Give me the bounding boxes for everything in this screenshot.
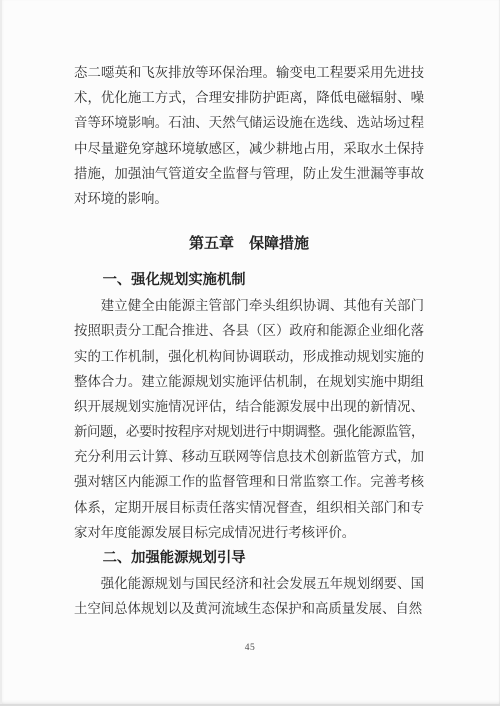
text-line: 整体合力。建立能源规划实施评估机制，在规划实施中期组 xyxy=(74,369,424,394)
text-line: 充分利用云计算、移动互联网等信息技术创新监管方式，加 xyxy=(74,444,424,469)
text-line: 按照职责分工配合推进、各县（区）政府和能源企业细化落 xyxy=(74,318,424,343)
text-line: 音等环境影响。石油、天然气储运设施在选线、选站场过程 xyxy=(74,110,424,135)
text-line: 强对辖区内能源工作的监督管理和日常监察工作。完善考核 xyxy=(74,469,424,494)
text-line: 实的工作机制，强化机构间协调联动，形成推动规划实施的 xyxy=(74,344,424,369)
page-left-edge xyxy=(0,0,2,706)
text-line: 体系，定期开展目标责任落实情况督查，组织相关部门和专 xyxy=(74,495,424,520)
chapter-heading: 第五章 保障措施 xyxy=(74,231,424,257)
text-line: 态二噁英和飞灰排放等环保治理。输变电工程要采用先进技 xyxy=(74,60,424,85)
text-line: 措施，加强油气管道安全监督与管理，防止发生泄漏等事故 xyxy=(74,161,424,186)
text-line: 新问题，必要时按程序对规划进行中期调整。强化能源监管， xyxy=(74,419,424,444)
text-line: 中尽量避免穿越环境敏感区，减少耕地占用，采取水土保持 xyxy=(74,136,424,161)
body-paragraph: 态二噁英和飞灰排放等环保治理。输变电工程要采用先进技术，优化施工方式，合理安排防… xyxy=(74,60,424,211)
section-heading: 一、强化规划实施机制 xyxy=(74,267,424,293)
text-line: 建立健全由能源主管部门牵头组织协调、其他有关部门 xyxy=(74,293,424,318)
text-line: 强化能源规划与国民经济和社会发展五年规划纲要、国 xyxy=(74,571,424,596)
text-line: 家对年度能源发展目标完成情况进行考核评价。 xyxy=(74,520,424,545)
page-number: 45 xyxy=(0,643,500,653)
text-line: 术，优化施工方式，合理安排防护距离，降低电磁辐射、噪 xyxy=(74,85,424,110)
section-heading: 二、加强能源规划引导 xyxy=(74,545,424,571)
text-line: 土空间总体规划以及黄河流域生态保护和高质量发展、自然 xyxy=(74,596,424,621)
document-page: 态二噁英和飞灰排放等环保治理。输变电工程要采用先进技术，优化施工方式，合理安排防… xyxy=(0,0,500,706)
body-paragraph: 建立健全由能源主管部门牵头组织协调、其他有关部门按照职责分工配合推进、各县（区）… xyxy=(74,293,424,545)
document-body: 态二噁英和飞灰排放等环保治理。输变电工程要采用先进技术，优化施工方式，合理安排防… xyxy=(74,60,424,621)
text-line: 对环境的影响。 xyxy=(74,186,424,211)
body-paragraph: 强化能源规划与国民经济和社会发展五年规划纲要、国土空间总体规划以及黄河流域生态保… xyxy=(74,571,424,621)
text-line: 织开展规划实施情况评估，结合能源发展中出现的新情况、 xyxy=(74,394,424,419)
